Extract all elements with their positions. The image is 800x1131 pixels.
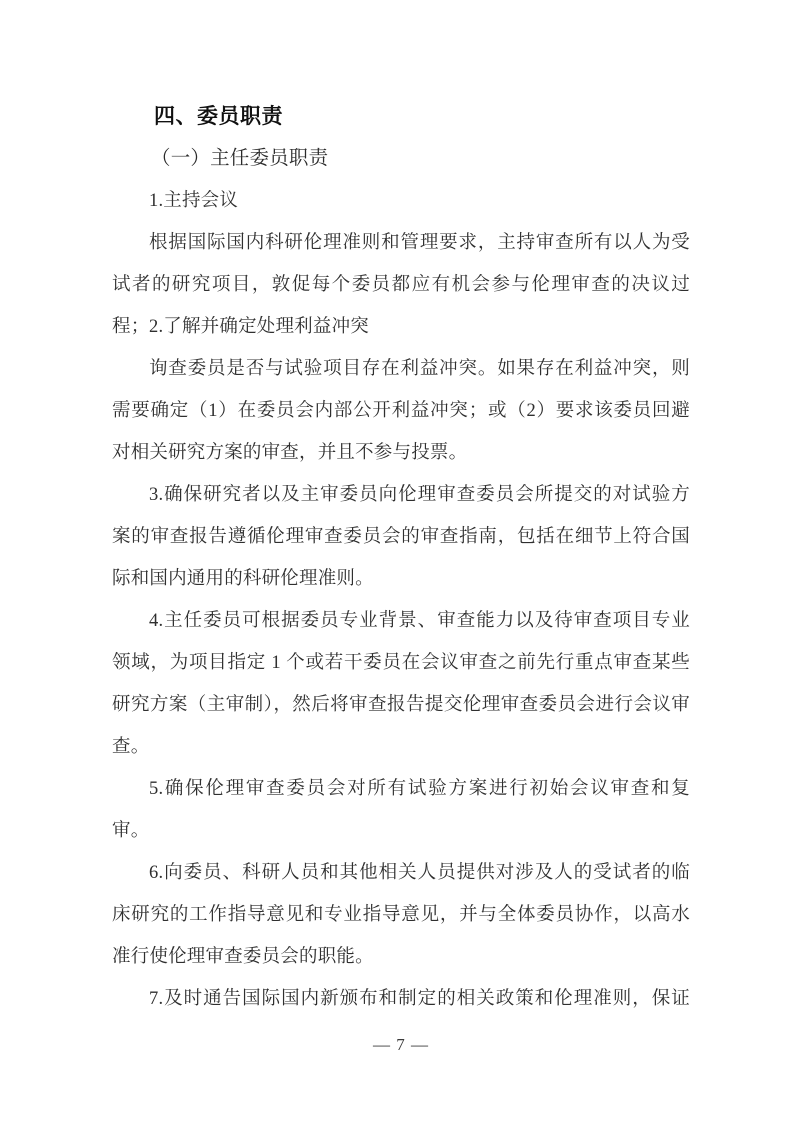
item-1-text: 根据国际国内科研伦理准则和管理要求，主持审查所有以人为受试者的研究项目，敦促每个… xyxy=(112,222,690,306)
item-2-title: 2.了解并确定处理利益冲突 xyxy=(112,306,690,348)
section-heading: 四、委员职责 xyxy=(112,96,690,138)
text-line: 1.主持会议 xyxy=(112,180,690,222)
text-line: 根据国际国内科研伦理准则和管理要求，主持审查所有以人为受 xyxy=(112,222,690,264)
page-number: — 7 — xyxy=(112,1024,690,1066)
text-line: 际和国内通用的科研伦理准则。 xyxy=(112,558,690,600)
text-line: 研究方案（主审制），然后将审查报告提交伦理审查委员会进行会议审 xyxy=(112,684,690,726)
item-2-text: 询查委员是否与试验项目存在利益冲突。如果存在利益冲突，则需要确定（1）在委员会内… xyxy=(112,348,690,474)
text-line: 试者的研究项目，敦促每个委员都应有机会参与伦理审查的决议过程； xyxy=(112,264,690,306)
text-line: 5.确保伦理审查委员会对所有试验方案进行初始会议审查和复 xyxy=(112,768,690,810)
text-line: 四、委员职责 xyxy=(112,96,690,138)
document-body: 四、委员职责（一）主任委员职责1.主持会议根据国际国内科研伦理准则和管理要求，主… xyxy=(112,96,690,1020)
text-line: 领域，为项目指定 1 个或若干委员在会议审查之前先行重点审查某些 xyxy=(112,642,690,684)
item-6-text: 6.向委员、科研人员和其他相关人员提供对涉及人的受试者的临床研究的工作指导意见和… xyxy=(112,852,690,978)
text-line: 需要确定（1）在委员会内部公开利益冲突；或（2）要求该委员回避 xyxy=(112,390,690,432)
item-1-title: 1.主持会议 xyxy=(112,180,690,222)
text-line: 对相关研究方案的审查，并且不参与投票。 xyxy=(112,432,690,474)
item-3-text: 3.确保研究者以及主审委员向伦理审查委员会所提交的对试验方案的审查报告遵循伦理审… xyxy=(112,474,690,600)
text-line: 审。 xyxy=(112,810,690,852)
text-line: 7.及时通告国际国内新颁布和制定的相关政策和伦理准则，保证 xyxy=(112,978,690,1020)
text-line: 询查委员是否与试验项目存在利益冲突。如果存在利益冲突，则 xyxy=(112,348,690,390)
document-page: 四、委员职责（一）主任委员职责1.主持会议根据国际国内科研伦理准则和管理要求，主… xyxy=(0,0,800,1131)
text-line: 4.主任委员可根据委员专业背景、审查能力以及待审查项目专业 xyxy=(112,600,690,642)
subsection-heading: （一）主任委员职责 xyxy=(112,138,690,180)
text-line: 床研究的工作指导意见和专业指导意见，并与全体委员协作，以高水 xyxy=(112,894,690,936)
item-7-text: 7.及时通告国际国内新颁布和制定的相关政策和伦理准则，保证 xyxy=(112,978,690,1020)
item-5-text: 5.确保伦理审查委员会对所有试验方案进行初始会议审查和复审。 xyxy=(112,768,690,852)
text-line: 3.确保研究者以及主审委员向伦理审查委员会所提交的对试验方 xyxy=(112,474,690,516)
item-4-text: 4.主任委员可根据委员专业背景、审查能力以及待审查项目专业领域，为项目指定 1 … xyxy=(112,600,690,768)
text-line: 6.向委员、科研人员和其他相关人员提供对涉及人的受试者的临 xyxy=(112,852,690,894)
text-line: 查。 xyxy=(112,726,690,768)
text-line: 案的审查报告遵循伦理审查委员会的审查指南，包括在细节上符合国 xyxy=(112,516,690,558)
text-line: 准行使伦理审查委员会的职能。 xyxy=(112,936,690,978)
text-line: （一）主任委员职责 xyxy=(112,138,690,180)
text-line: 2.了解并确定处理利益冲突 xyxy=(112,306,690,348)
